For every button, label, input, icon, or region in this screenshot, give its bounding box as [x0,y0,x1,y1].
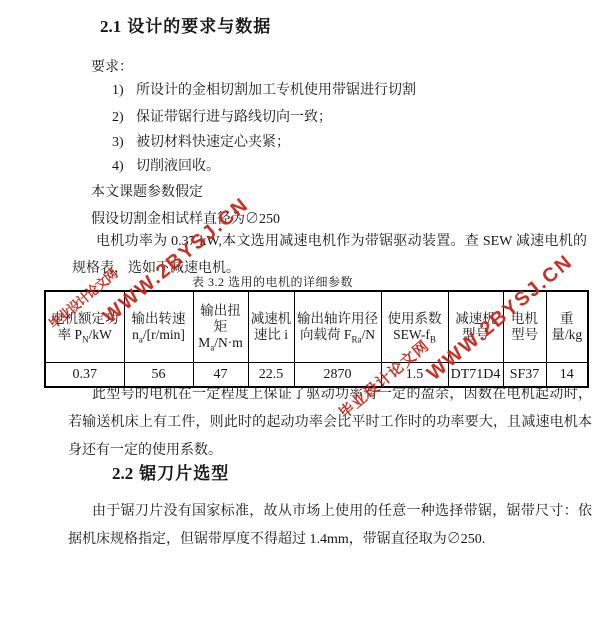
requirements-label: 要求： [91,56,133,76]
list-item-text: 切削液回收。 [136,159,220,174]
list-item-number: 3) [112,135,128,151]
col-header-output-torque: 输出扭矩 Ma/N·m [193,291,248,363]
list-item-text: 被切材料快速定心夹紧； [136,135,290,150]
list-item-text: 保证带锯行进与路线切向一致； [136,110,332,125]
section-title: 锯刀片选型 [139,464,229,483]
list-item-number: 1) [112,83,128,99]
list-item: 4)切削液回收。 [112,155,220,175]
section-heading-2-2: 2.2锯刀片选型 [112,459,229,484]
col-header-weight: 重量/kg [546,291,588,363]
table-caption: 表 3.2 选用的电机的详细参数 [192,273,353,290]
section-number: 2.2 [112,464,133,483]
paragraph-params-label: 本文课题参数假定 [91,181,203,201]
section-title: 设计的要求与数据 [127,17,271,36]
list-item-number: 2) [112,110,128,126]
section-number: 2.1 [100,17,121,36]
list-item-number: 4) [112,159,128,175]
list-item: 3)被切材料快速定心夹紧； [112,131,290,151]
col-header-ratio: 减速机速比 i [248,291,294,363]
col-header-radial-load: 输出轴许用径向载荷 FRa/N [294,291,381,363]
list-item: 1)所设计的金相切割加工专机使用带锯进行切割 [112,79,416,99]
section-heading-2-1: 2.1设计的要求与数据 [100,12,271,37]
list-item-text: 所设计的金相切割加工专机使用带锯进行切割 [136,83,416,98]
paragraph-blade-selection: 由于锯刀片没有国家标准，故从市场上使用的任意一种选择带锯，锯带尺寸：依据机床规格… [68,498,592,554]
paragraph-motor-note: 此型号的电机在一定程度上保证了驱动功率有一定的盈余，因数在电机起动时，若输送机床… [68,381,592,465]
list-item: 2)保证带锯行进与路线切向一致； [112,106,332,126]
document-page: { "page": { "heading_2_1_num": "2.1", "h… [0,0,608,619]
